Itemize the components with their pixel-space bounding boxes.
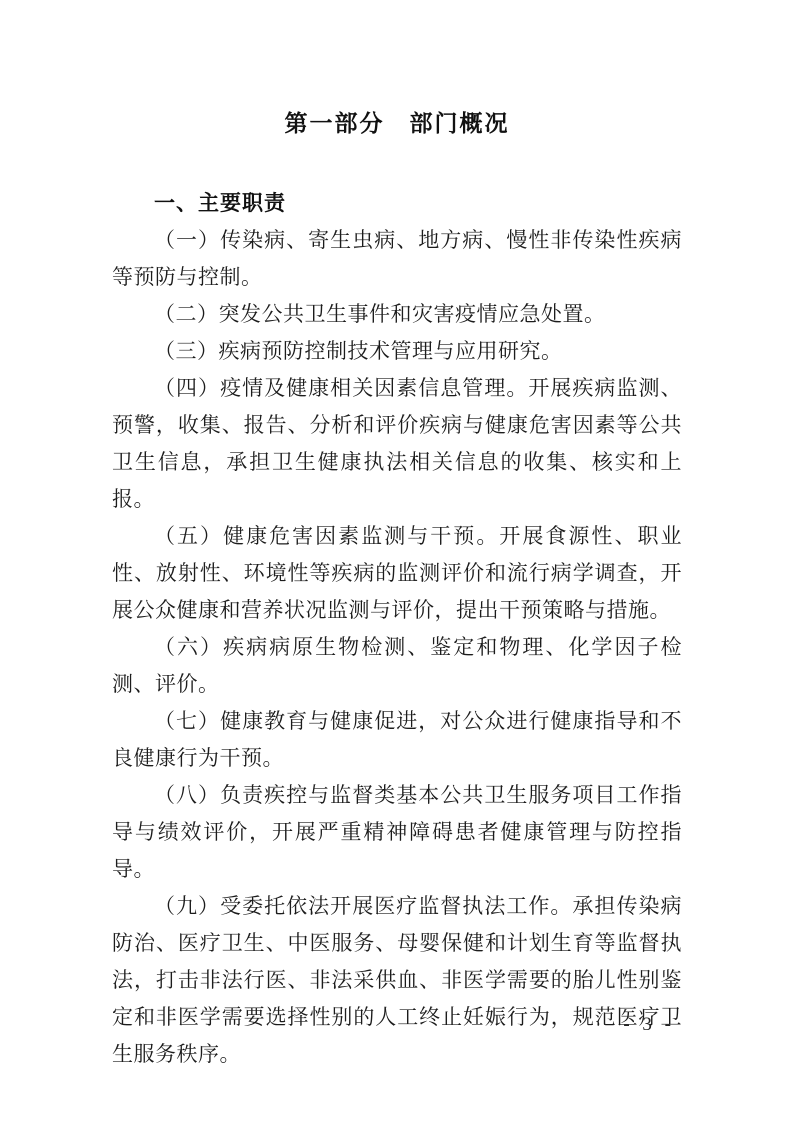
page-number: - 3 - <box>623 1014 675 1036</box>
section-heading-main-duties: 一、主要职责 <box>112 185 682 222</box>
paragraph-duty-8: （八）负责疾控与监督类基本公共卫生服务项目工作指导与绩效评价，开展严重精神障碍患… <box>112 777 682 888</box>
paragraph-duty-7: （七）健康教育与健康促进，对公众进行健康指导和不良健康行为干预。 <box>112 703 682 777</box>
page-title: 第一部分 部门概况 <box>112 105 682 141</box>
paragraph-duty-5: （五）健康危害因素监测与干预。开展食源性、职业性、放射性、环境性等疾病的监测评价… <box>112 518 682 629</box>
paragraph-duty-1: （一）传染病、寄生虫病、地方病、慢性非传染性疾病等预防与控制。 <box>112 222 682 296</box>
paragraph-duty-9: （九）受委托依法开展医疗监督执法工作。承担传染病防治、医疗卫生、中医服务、母婴保… <box>112 888 682 1073</box>
paragraph-duty-6: （六）疾病病原生物检测、鉴定和物理、化学因子检测、评价。 <box>112 629 682 703</box>
paragraph-duty-4: （四）疫情及健康相关因素信息管理。开展疾病监测、预警，收集、报告、分析和评价疾病… <box>112 370 682 518</box>
paragraph-duty-3: （三）疾病预防控制技术管理与应用研究。 <box>112 333 682 370</box>
paragraph-duty-2: （二）突发公共卫生事件和灾害疫情应急处置。 <box>112 296 682 333</box>
document-content: 第一部分 部门概况 一、主要职责 （一）传染病、寄生虫病、地方病、慢性非传染性疾… <box>112 105 682 1073</box>
document-page: 第一部分 部门概况 一、主要职责 （一）传染病、寄生虫病、地方病、慢性非传染性疾… <box>0 0 793 1122</box>
